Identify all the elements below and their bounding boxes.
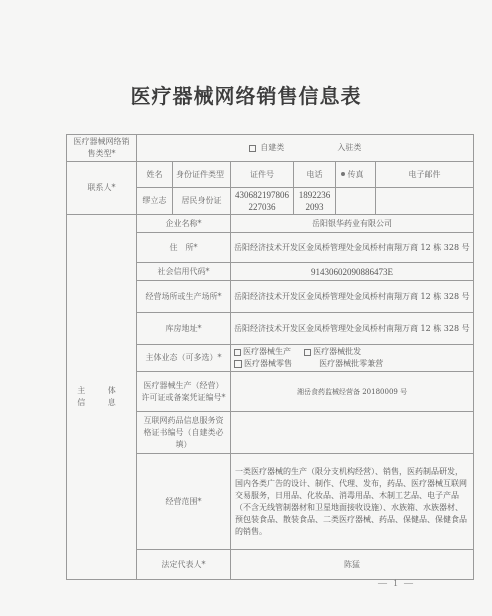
internet-cert-value — [231, 412, 474, 454]
credit-code-value: 91430602090886473E — [231, 263, 474, 281]
contact-email — [376, 188, 474, 215]
company-name-label: 企业名称* — [137, 215, 231, 233]
page-number: — 1 — — [378, 578, 415, 588]
contact-id-type: 居民身份证 — [173, 188, 231, 215]
header-email: 电子邮件 — [376, 162, 474, 188]
business-form-value: 医疗器械生产 医疗器械批发 医疗器械零售 医疗器械批零兼营 — [231, 345, 474, 372]
checkbox-icon[interactable] — [304, 349, 311, 356]
warehouse-label: 库房地址* — [137, 313, 231, 345]
scope-value: 一类医疗器械的生产（限分支机构经营）、销售，医药制品研发，国内各类广告的设计、制… — [231, 454, 474, 550]
contact-name: 缪立志 — [137, 188, 173, 215]
sales-type-row: 医疗器械网络销售类型* 自建类 入驻类 — [67, 135, 474, 162]
scope-label: 经营范围* — [137, 454, 231, 550]
license-label: 医疗器械生产（经营）许可证或备案凭证编号* — [137, 372, 231, 412]
checkbox-icon[interactable] — [234, 360, 242, 368]
checkbox-icon[interactable] — [249, 145, 256, 152]
business-form-option-wholesale-retail: 医疗器械批零兼营 — [319, 359, 383, 368]
business-premises-label: 经营场所或生产场所* — [137, 281, 231, 313]
warehouse-value: 岳阳经济技术开发区金凤桥管理处金凤桥村南翔万商 12 栋 328 号 — [231, 313, 474, 345]
domicile-value: 岳阳经济技术开发区金凤桥管理处金凤桥村南翔万商 12 栋 328 号 — [231, 233, 474, 263]
contact-header-row: 联系人* 姓名 身份证件类型 证件号 电话 传真 电子邮件 — [67, 162, 474, 188]
sales-type-value: 自建类 入驻类 — [137, 135, 474, 162]
business-premises-value: 岳阳经济技术开发区金凤桥管理处金凤桥村南翔万商 12 栋 328 号 — [231, 281, 474, 313]
business-form-option-retail: 医疗器械零售 — [244, 359, 292, 368]
domicile-label: 住 所* — [137, 233, 231, 263]
entity-section-label: 主 体信 息 — [67, 215, 137, 580]
legal-rep-label: 法定代表人* — [137, 550, 231, 580]
legal-rep-value: 陈猛 — [231, 550, 474, 580]
contact-label: 联系人* — [67, 162, 137, 215]
scan-speck — [341, 172, 345, 176]
header-name: 姓名 — [137, 162, 173, 188]
credit-code-label: 社会信用代码* — [137, 263, 231, 281]
sales-type-option-settled: 入驻类 — [337, 143, 361, 152]
business-form-label: 主体业态（可多选）* — [137, 345, 231, 372]
contact-id-number: 430682197806227036 — [231, 188, 294, 215]
entity-row-company-name: 主 体信 息 企业名称* 岳阳银华药业有限公司 — [67, 215, 474, 233]
company-name-value: 岳阳银华药业有限公司 — [231, 215, 474, 233]
business-form-option-wholesale: 医疗器械批发 — [313, 347, 361, 356]
contact-phone: 18922362093 — [294, 188, 336, 215]
business-form-option-production: 医疗器械生产 — [243, 347, 291, 356]
contact-fax — [336, 188, 376, 215]
sales-type-option-self-built: 自建类 — [260, 143, 284, 152]
sales-type-label: 医疗器械网络销售类型* — [67, 135, 137, 162]
info-table: 医疗器械网络销售类型* 自建类 入驻类 联系人* 姓名 身份证件类型 证件号 电… — [66, 134, 474, 580]
license-value: 湘岳食药监械经营备 20180009 号 — [231, 372, 474, 412]
header-id-type: 身份证件类型 — [173, 162, 231, 188]
header-phone: 电话 — [294, 162, 336, 188]
header-id-number: 证件号 — [231, 162, 294, 188]
internet-cert-label: 互联网药品信息服务资格证书编号（自建类必填） — [137, 412, 231, 454]
document-title: 医疗器械网络销售信息表 — [0, 80, 492, 109]
checkbox-icon[interactable] — [234, 349, 241, 356]
